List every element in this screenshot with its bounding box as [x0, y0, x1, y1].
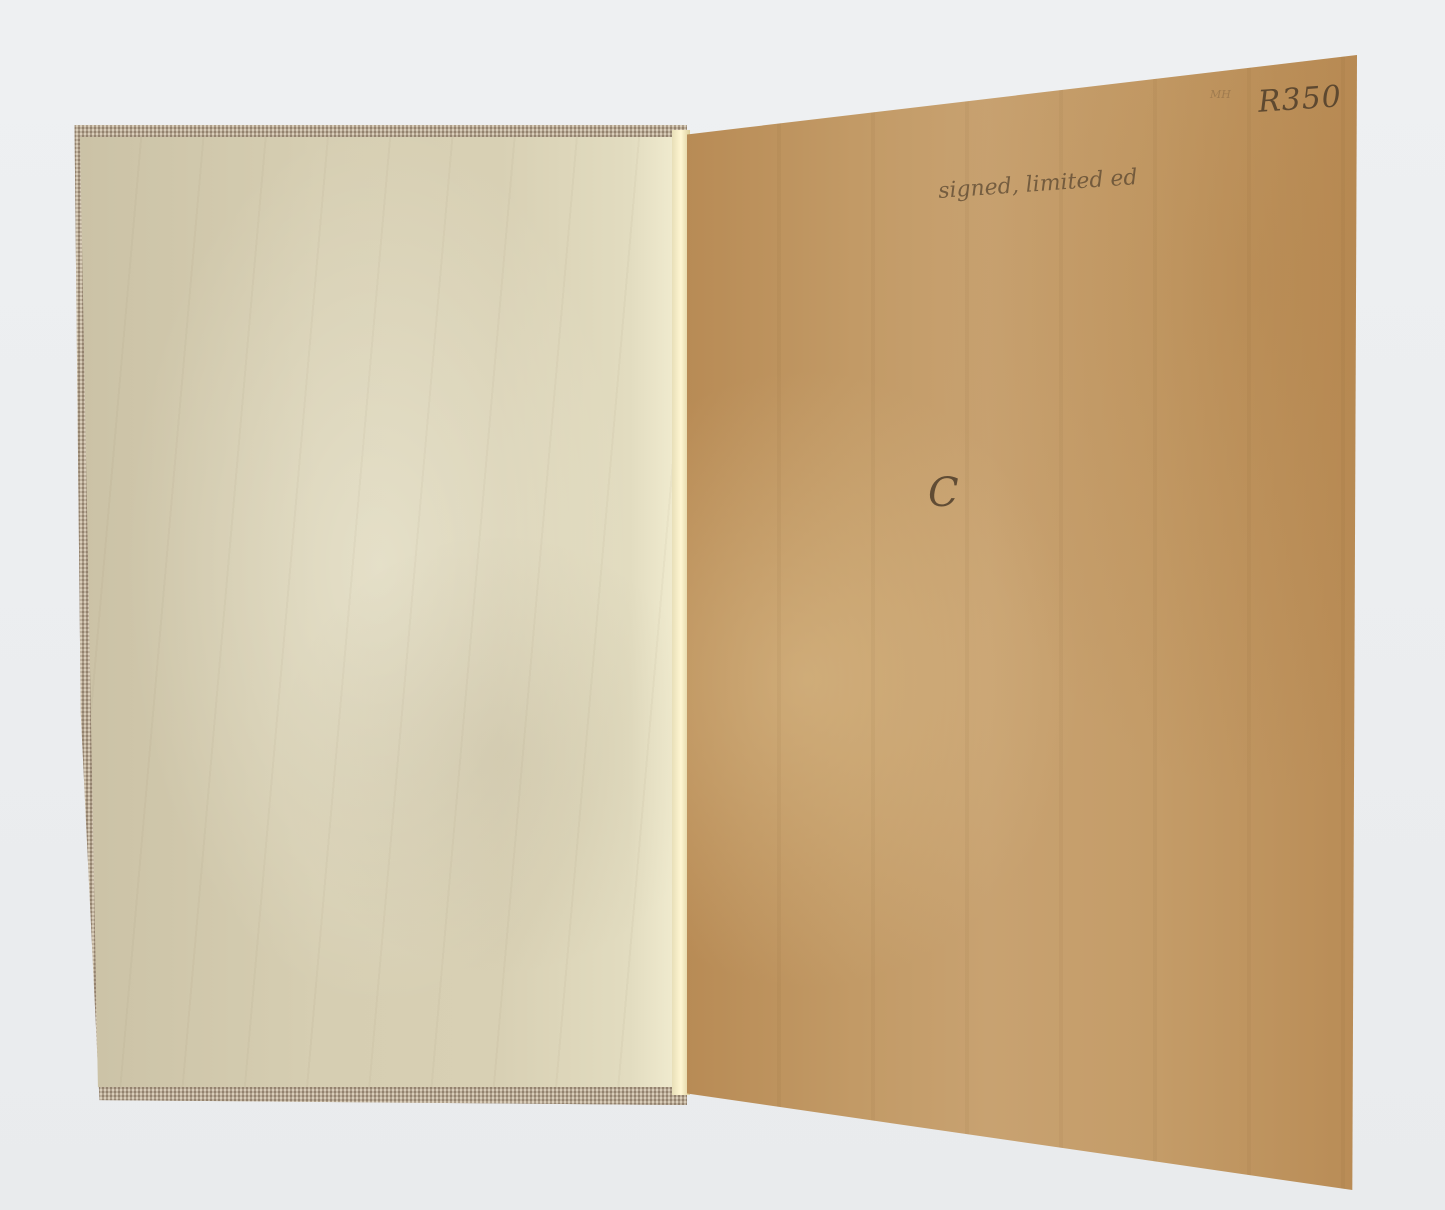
book-pastedown-page	[80, 137, 678, 1087]
pencil-price-note: R350	[1257, 79, 1343, 120]
faint-pencil-mark: MH	[1210, 88, 1231, 101]
pencil-letter-mark: C	[928, 470, 959, 516]
book-endpaper	[687, 55, 1357, 1190]
